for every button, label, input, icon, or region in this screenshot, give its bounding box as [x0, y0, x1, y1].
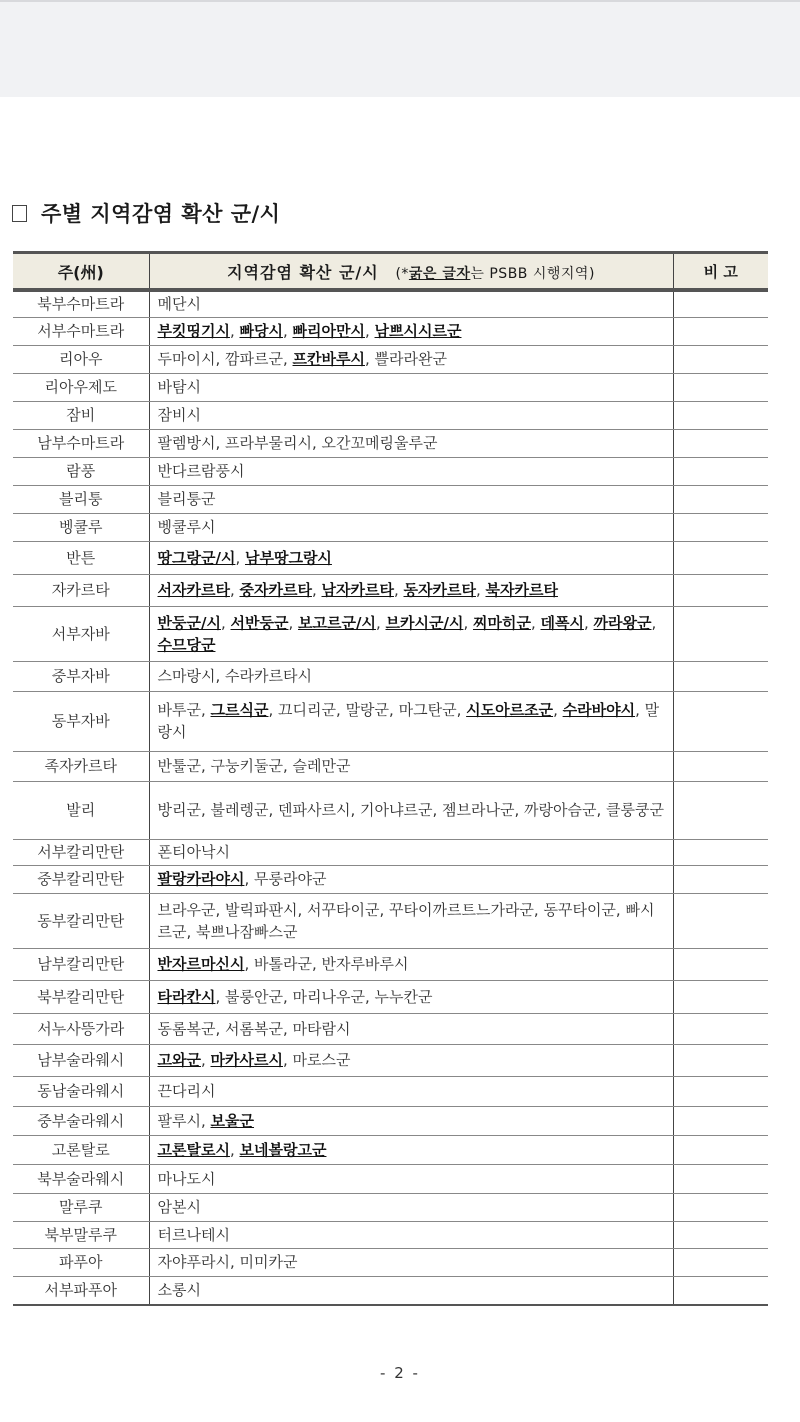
- province-cell: 서누사뜽가라: [13, 1013, 149, 1044]
- region: 블리퉁군: [158, 490, 216, 508]
- region: 동롬복군: [158, 1020, 216, 1038]
- regions-cell: 바탐시: [149, 373, 673, 401]
- remarks-cell: [673, 1135, 768, 1164]
- remarks-cell: [673, 1248, 768, 1276]
- region: 북쁘나잠빠스군: [196, 923, 297, 941]
- province-cell: 잠비: [13, 401, 149, 429]
- psbb-region: 반자르마신시: [158, 955, 245, 973]
- region: 클룽쿵군: [606, 801, 664, 819]
- table-row: 동부칼리만탄브라우군, 발릭파판시, 서꾸타이군, 꾸타이까르트느가라군, 동꾸…: [13, 893, 768, 948]
- table-row: 남부칼리만탄반자르마신시, 바톨라군, 반자루바루시: [13, 948, 768, 980]
- remarks-cell: [673, 345, 768, 373]
- region: 서꾸타이군: [307, 901, 379, 919]
- table-row: 족자카르타반툴군, 구눙키둘군, 슬레만군: [13, 751, 768, 781]
- remarks-cell: [673, 980, 768, 1013]
- region: 메단시: [158, 295, 201, 313]
- region: 서롬복군: [225, 1020, 283, 1038]
- table-row: 북부수마트라메단시: [13, 290, 768, 317]
- table-row: 서누사뜽가라동롬복군, 서롬복군, 마타람시: [13, 1013, 768, 1044]
- table-row: 잠비잠비시: [13, 401, 768, 429]
- remarks-cell: [673, 691, 768, 751]
- region: 마나도시: [158, 1170, 216, 1188]
- checkbox-bullet-icon: [12, 205, 27, 222]
- remarks-cell: [673, 751, 768, 781]
- region: 소롱시: [158, 1281, 201, 1299]
- regions-cell: 잠비시: [149, 401, 673, 429]
- region: 반자루바루시: [322, 955, 409, 973]
- regions-cell: 폰티아낙시: [149, 839, 673, 865]
- remarks-cell: [673, 1276, 768, 1305]
- table-row: 블리퉁블리퉁군: [13, 485, 768, 513]
- regions-cell: 팔랑카라야시, 무룽라야군: [149, 865, 673, 893]
- province-cell: 서부칼리만탄: [13, 839, 149, 865]
- psbb-region: 부킷띵기시: [158, 322, 230, 340]
- table-row: 중부자바스마랑시, 수라카르타시: [13, 661, 768, 691]
- region: 마로스군: [293, 1051, 351, 1069]
- table-row: 북부칼리만탄타라칸시, 불룽안군, 마리나우군, 누누칸군: [13, 980, 768, 1013]
- province-cell: 동부자바: [13, 691, 149, 751]
- province-cell: 북부말루쿠: [13, 1221, 149, 1248]
- psbb-region: 고와군: [158, 1051, 201, 1069]
- table-row: 서부파푸아소롱시: [13, 1276, 768, 1305]
- table-row: 고론탈로고론탈로시, 보네볼랑고군: [13, 1135, 768, 1164]
- table-row: 리아우제도바탐시: [13, 373, 768, 401]
- regions-cell: 방리군, 불레렝군, 덴파사르시, 기아냐르군, 젬브라나군, 까랑아슴군, 클…: [149, 781, 673, 839]
- province-cell: 동부칼리만탄: [13, 893, 149, 948]
- psbb-region: 타라칸시: [158, 988, 216, 1006]
- table-row: 반튼땅그랑군/시, 남부땅그랑시: [13, 541, 768, 574]
- psbb-region: 땅그랑군/시: [158, 549, 236, 567]
- psbb-region: 프칸바루시: [293, 350, 365, 368]
- table-row: 말루쿠암본시: [13, 1193, 768, 1221]
- province-cell: 말루쿠: [13, 1193, 149, 1221]
- region: 바톨라군: [254, 955, 312, 973]
- regions-cell: 브라우군, 발릭파판시, 서꾸타이군, 꾸타이까르트느가라군, 동꾸타이군, 빠…: [149, 893, 673, 948]
- province-cell: 남부칼리만탄: [13, 948, 149, 980]
- regions-cell: 고와군, 마카사르시, 마로스군: [149, 1044, 673, 1076]
- regions-cell: 암본시: [149, 1193, 673, 1221]
- table-row: 벵쿨루벵쿨루시: [13, 513, 768, 541]
- regions-cell: 반다르람풍시: [149, 457, 673, 485]
- remarks-cell: [673, 290, 768, 317]
- psbb-region: 마카사르시: [211, 1051, 283, 1069]
- region: 마그탄군: [399, 701, 457, 719]
- table-row: 발리방리군, 불레렝군, 덴파사르시, 기아냐르군, 젬브라나군, 까랑아슴군,…: [13, 781, 768, 839]
- province-cell: 벵쿨루: [13, 513, 149, 541]
- region: 기아냐르군: [360, 801, 432, 819]
- region: 암본시: [158, 1198, 201, 1216]
- regions-cell: 벵쿨루시: [149, 513, 673, 541]
- psbb-region: 브카시군/시: [386, 614, 464, 632]
- region: 불룽안군: [225, 988, 283, 1006]
- psbb-region: 까라왕군: [594, 614, 652, 632]
- region: 반다르람풍시: [158, 462, 245, 480]
- region: 오간꼬메링울루군: [322, 434, 438, 452]
- province-cell: 발리: [13, 781, 149, 839]
- psbb-region: 남부땅그랑시: [245, 549, 332, 567]
- province-cell: 중부칼리만탄: [13, 865, 149, 893]
- province-cell: 파푸아: [13, 1248, 149, 1276]
- note-suffix: 는 PSBB 시행지역): [470, 266, 595, 282]
- remarks-cell: [673, 865, 768, 893]
- province-cell: 서부수마트라: [13, 317, 149, 345]
- region: 브라우군: [158, 901, 216, 919]
- psbb-region: 남자카르타: [322, 581, 394, 599]
- remarks-cell: [673, 1106, 768, 1135]
- province-cell: 자카르타: [13, 574, 149, 606]
- psbb-region: 고론탈로시: [158, 1141, 230, 1159]
- psbb-region: 보울군: [211, 1112, 254, 1130]
- regions-cell: 타라칸시, 불룽안군, 마리나우군, 누누칸군: [149, 980, 673, 1013]
- regions-cell: 반툴군, 구눙키둘군, 슬레만군: [149, 751, 673, 781]
- province-cell: 남부술라웨시: [13, 1044, 149, 1076]
- region: 마리나우군: [293, 988, 365, 1006]
- province-cell: 리아우: [13, 345, 149, 373]
- table-header-row: 주(州) 지역감염 확산 군/시 (*굵은 글자는 PSBB 시행지역) 비 고: [13, 253, 768, 291]
- region: 젬브라나군: [442, 801, 514, 819]
- region: 덴파사르시: [278, 801, 350, 819]
- province-cell: 북부칼리만탄: [13, 980, 149, 1013]
- table-body: 북부수마트라메단시서부수마트라부킷띵기시, 빠당시, 빠리아만시, 남쁘시시르군…: [13, 290, 768, 1305]
- psbb-region: 북자카르타: [486, 581, 558, 599]
- region: 깜파르군: [225, 350, 283, 368]
- psbb-region: 반둥군/시: [158, 614, 221, 632]
- psbb-region: 수라바야시: [563, 701, 635, 719]
- regions-cell: 서자카르타, 중자카르타, 남자카르타, 동자카르타, 북자카르타: [149, 574, 673, 606]
- table-row: 동부자바바투군, 그르식군, 끄디리군, 말랑군, 마그탄군, 시도아르조군, …: [13, 691, 768, 751]
- province-cell: 중부자바: [13, 661, 149, 691]
- table-row: 동남술라웨시끈다리시: [13, 1076, 768, 1106]
- region: 끄디리군: [278, 701, 336, 719]
- psbb-region: 보네볼랑고군: [240, 1141, 327, 1159]
- region: 누누칸군: [375, 988, 433, 1006]
- psbb-region: 팔랑카라야시: [158, 870, 245, 888]
- remarks-cell: [673, 1164, 768, 1193]
- remarks-cell: [673, 574, 768, 606]
- remarks-cell: [673, 606, 768, 661]
- regions-cell: 팔루시, 보울군: [149, 1106, 673, 1135]
- regions-cell: 끈다리시: [149, 1076, 673, 1106]
- header-province: 주(州): [13, 253, 149, 291]
- regions-cell: 바투군, 그르식군, 끄디리군, 말랑군, 마그탄군, 시도아르조군, 수라바야…: [149, 691, 673, 751]
- region: 바투군: [158, 701, 201, 719]
- region: 벵쿨루시: [158, 518, 216, 536]
- regions-cell: 반둥군/시, 서반둥군, 보고르군/시, 브카시군/시, 찌마히군, 데폭시, …: [149, 606, 673, 661]
- table-row: 북부말루쿠터르나테시: [13, 1221, 768, 1248]
- province-cell: 남부수마트라: [13, 429, 149, 457]
- psbb-region: 찌마히군: [473, 614, 531, 632]
- province-cell: 족자카르타: [13, 751, 149, 781]
- province-cell: 고론탈로: [13, 1135, 149, 1164]
- table-row: 서부수마트라부킷띵기시, 빠당시, 빠리아만시, 남쁘시시르군: [13, 317, 768, 345]
- region: 프라부물리시: [225, 434, 312, 452]
- province-cell: 중부술라웨시: [13, 1106, 149, 1135]
- table-row: 남부수마트라팔렘방시, 프라부물리시, 오간꼬메링울루군: [13, 429, 768, 457]
- remarks-cell: [673, 513, 768, 541]
- region: 동꾸타이군: [543, 901, 615, 919]
- region: 말랑군: [346, 701, 389, 719]
- region: 쁠라라완군: [375, 350, 447, 368]
- psbb-region: 빠당시: [240, 322, 283, 340]
- province-cell: 북부수마트라: [13, 290, 149, 317]
- province-cell: 서부파푸아: [13, 1276, 149, 1305]
- table-row: 중부술라웨시팔루시, 보울군: [13, 1106, 768, 1135]
- table-row: 남부술라웨시고와군, 마카사르시, 마로스군: [13, 1044, 768, 1076]
- region: 바탐시: [158, 378, 201, 396]
- table-row: 파푸아자야푸라시, 미미카군: [13, 1248, 768, 1276]
- region: 미미카군: [240, 1253, 298, 1271]
- region: 반툴군: [158, 757, 201, 775]
- region: 까랑아슴군: [524, 801, 596, 819]
- remarks-cell: [673, 1221, 768, 1248]
- section-title: 주별 지역감염 확산 군/시: [12, 198, 280, 228]
- remarks-cell: [673, 485, 768, 513]
- table-row: 중부칼리만탄팔랑카라야시, 무룽라야군: [13, 865, 768, 893]
- remarks-cell: [673, 661, 768, 691]
- region: 잠비시: [158, 406, 201, 424]
- table-row: 북부술라웨시마나도시: [13, 1164, 768, 1193]
- region: 터르나테시: [158, 1226, 230, 1244]
- psbb-region: 남쁘시시르군: [375, 322, 462, 340]
- remarks-cell: [673, 839, 768, 865]
- regions-cell: 두마이시, 깜파르군, 프칸바루시, 쁠라라완군: [149, 345, 673, 373]
- region: 구눙키둘군: [211, 757, 283, 775]
- psbb-region: 시도아르조군: [466, 701, 553, 719]
- regions-cell: 스마랑시, 수라카르타시: [149, 661, 673, 691]
- regions-cell: 팔렘방시, 프라부물리시, 오간꼬메링울루군: [149, 429, 673, 457]
- region: 수라카르타시: [225, 667, 312, 685]
- psbb-region: 보고르군/시: [298, 614, 376, 632]
- region: 꾸타이까르트느가라군: [389, 901, 534, 919]
- note-prefix: (*: [395, 266, 408, 282]
- header-remarks: 비 고: [673, 253, 768, 291]
- table-row: 람풍반다르람풍시: [13, 457, 768, 485]
- regions-cell: 자야푸라시, 미미카군: [149, 1248, 673, 1276]
- header-regions-label: 지역감염 확산 군/시: [227, 263, 379, 282]
- page-number: - 2 -: [0, 1364, 800, 1382]
- regions-cell: 고론탈로시, 보네볼랑고군: [149, 1135, 673, 1164]
- region: 팔렘방시: [158, 434, 216, 452]
- province-cell: 서부자바: [13, 606, 149, 661]
- province-cell: 반튼: [13, 541, 149, 574]
- regions-cell: 부킷띵기시, 빠당시, 빠리아만시, 남쁘시시르군: [149, 317, 673, 345]
- remarks-cell: [673, 429, 768, 457]
- region: 마타람시: [293, 1020, 351, 1038]
- region: 슬레만군: [293, 757, 351, 775]
- remarks-cell: [673, 317, 768, 345]
- regional-spread-table: 주(州) 지역감염 확산 군/시 (*굵은 글자는 PSBB 시행지역) 비 고…: [13, 251, 768, 1306]
- psbb-region: 데폭시: [541, 614, 584, 632]
- province-cell: 동남술라웨시: [13, 1076, 149, 1106]
- psbb-region: 빠리아만시: [293, 322, 365, 340]
- remarks-cell: [673, 541, 768, 574]
- remarks-cell: [673, 1044, 768, 1076]
- psbb-region: 동자카르타: [404, 581, 476, 599]
- region: 스마랑시: [158, 667, 216, 685]
- region: 폰티아낙시: [158, 843, 230, 861]
- remarks-cell: [673, 457, 768, 485]
- psbb-region: 수므당군: [158, 636, 216, 654]
- psbb-region: 중자카르타: [240, 581, 312, 599]
- region: 두마이시: [158, 350, 216, 368]
- regions-cell: 블리퉁군: [149, 485, 673, 513]
- region: 무룽라야군: [254, 870, 326, 888]
- remarks-cell: [673, 1013, 768, 1044]
- note-bold-text: 굵은 글자: [409, 266, 470, 282]
- region: 발릭파판시: [225, 901, 297, 919]
- remarks-cell: [673, 948, 768, 980]
- regions-cell: 반자르마신시, 바톨라군, 반자루바루시: [149, 948, 673, 980]
- remarks-cell: [673, 373, 768, 401]
- psbb-region: 서자카르타: [158, 581, 230, 599]
- region: 팔루시: [158, 1112, 201, 1130]
- region: 방리군: [158, 801, 201, 819]
- regions-cell: 땅그랑군/시, 남부땅그랑시: [149, 541, 673, 574]
- province-cell: 리아우제도: [13, 373, 149, 401]
- header-psbb-note: (*굵은 글자는 PSBB 시행지역): [395, 266, 594, 282]
- region: 끈다리시: [158, 1082, 216, 1100]
- psbb-region: 그르식군: [211, 701, 269, 719]
- regions-cell: 메단시: [149, 290, 673, 317]
- regions-cell: 마나도시: [149, 1164, 673, 1193]
- table-row: 서부자바반둥군/시, 서반둥군, 보고르군/시, 브카시군/시, 찌마히군, 데…: [13, 606, 768, 661]
- section-title-text: 주별 지역감염 확산 군/시: [41, 198, 280, 228]
- regions-cell: 터르나테시: [149, 1221, 673, 1248]
- remarks-cell: [673, 893, 768, 948]
- remarks-cell: [673, 781, 768, 839]
- province-cell: 람풍: [13, 457, 149, 485]
- remarks-cell: [673, 401, 768, 429]
- header-regions: 지역감염 확산 군/시 (*굵은 글자는 PSBB 시행지역): [149, 253, 673, 291]
- psbb-region: 서반둥군: [231, 614, 289, 632]
- remarks-cell: [673, 1193, 768, 1221]
- table-row: 서부칼리만탄폰티아낙시: [13, 839, 768, 865]
- province-cell: 북부술라웨시: [13, 1164, 149, 1193]
- table-row: 리아우두마이시, 깜파르군, 프칸바루시, 쁠라라완군: [13, 345, 768, 373]
- viewer-top-bar: [0, 0, 800, 97]
- region: 자야푸라시: [158, 1253, 230, 1271]
- regions-cell: 동롬복군, 서롬복군, 마타람시: [149, 1013, 673, 1044]
- region: 불레렝군: [211, 801, 269, 819]
- province-cell: 블리퉁: [13, 485, 149, 513]
- regions-cell: 소롱시: [149, 1276, 673, 1305]
- remarks-cell: [673, 1076, 768, 1106]
- table-row: 자카르타서자카르타, 중자카르타, 남자카르타, 동자카르타, 북자카르타: [13, 574, 768, 606]
